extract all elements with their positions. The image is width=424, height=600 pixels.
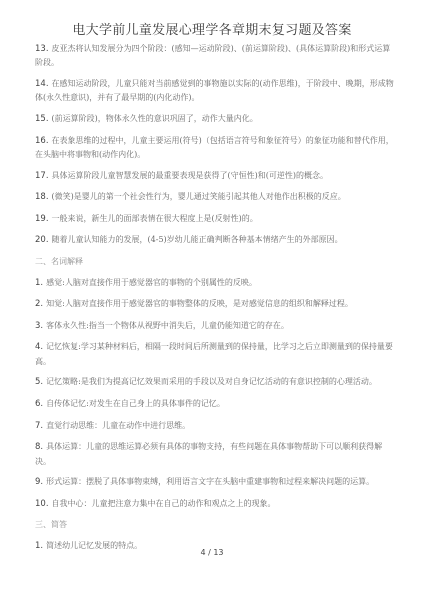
term-definition: 7.直觉行动思维：儿童在动作中进行思维。 <box>35 419 395 433</box>
term-definition: 8.具体运算：儿童的思维运算必须有具体的事物支持，有些问题在具体事物帮助下可以顺… <box>35 440 395 468</box>
document-title: 电大学前儿童发展心理学各章期末复习题及答案 <box>0 19 424 38</box>
term-definition: 3.客体永久性:指当一个物体从视野中消失后，儿童仍能知道它的存在。 <box>35 319 395 333</box>
term-definition: 4.记忆恢复:学习某种材料后，相隔一段时间后所测量到的保持量，比学习之后立即测量… <box>35 340 395 368</box>
fill-in-item: 19.一般来说，新生儿的面部表情在很大程度上是(反射性)的。 <box>35 212 395 226</box>
fill-in-item: 15.(前运算阶段)，物体永久性的意识巩固了，动作大量内化。 <box>35 112 395 126</box>
term-definition: 1.感觉:人脑对直接作用于感觉器官的事物的个别属性的反映。 <box>35 276 395 290</box>
section-heading-short-answer: 三、简答 <box>35 518 395 531</box>
page-indicator: 4 / 13 <box>0 548 424 557</box>
section-heading-definitions: 二、名词解释 <box>35 255 395 268</box>
fill-in-item: 16.在表象思维的过程中，儿童主要运用(符号)（包括语言符号和象征符号）的象征功… <box>35 134 395 162</box>
term-definition: 2.知觉:人脑对直接作用于感觉器官的事物整体的反映，是对感觉信息的组织和解释过程… <box>35 297 395 311</box>
document-body: 13.皮亚杰将认知发展分为四个阶段：(感知—运动阶段)、(前运算阶段)、(具体运… <box>35 42 395 561</box>
document-page: 电大学前儿童发展心理学各章期末复习题及答案 13.皮亚杰将认知发展分为四个阶段：… <box>0 0 424 600</box>
fill-in-item: 17.具体运算阶段儿童智慧发展的最重要表现是获得了(守恒性)和(可逆性)的概念。 <box>35 169 395 183</box>
term-definition: 9.形式运算：摆脱了具体事物束缚，利用语言文字在头脑中重建事物和过程来解决问题的… <box>35 475 395 489</box>
term-definition: 6.自传体记忆:对发生在自己身上的具体事件的记忆。 <box>35 397 395 411</box>
fill-in-item: 18.(微笑)是婴儿的第一个社会性行为，婴儿通过笑能引起其他人对他作出积极的反应… <box>35 190 395 204</box>
fill-in-item: 20.随着儿童认知能力的发展，(4-5)岁幼儿能正确判断各种基本情绪产生的外部原… <box>35 233 395 247</box>
fill-in-item: 14.在感知运动阶段，儿童只能对当前感觉到的事物施以实际的(动作思维)，于阶段中… <box>35 77 395 105</box>
term-definition: 5.记忆策略:是我们为提高记忆效果而采用的手段以及对自身记忆活动的有意识控制的心… <box>35 375 395 389</box>
term-definition: 10.自我中心：儿童把注意力集中在自己的动作和观点之上的现象。 <box>35 497 395 511</box>
fill-in-item: 13.皮亚杰将认知发展分为四个阶段：(感知—运动阶段)、(前运算阶段)、(具体运… <box>35 42 395 70</box>
